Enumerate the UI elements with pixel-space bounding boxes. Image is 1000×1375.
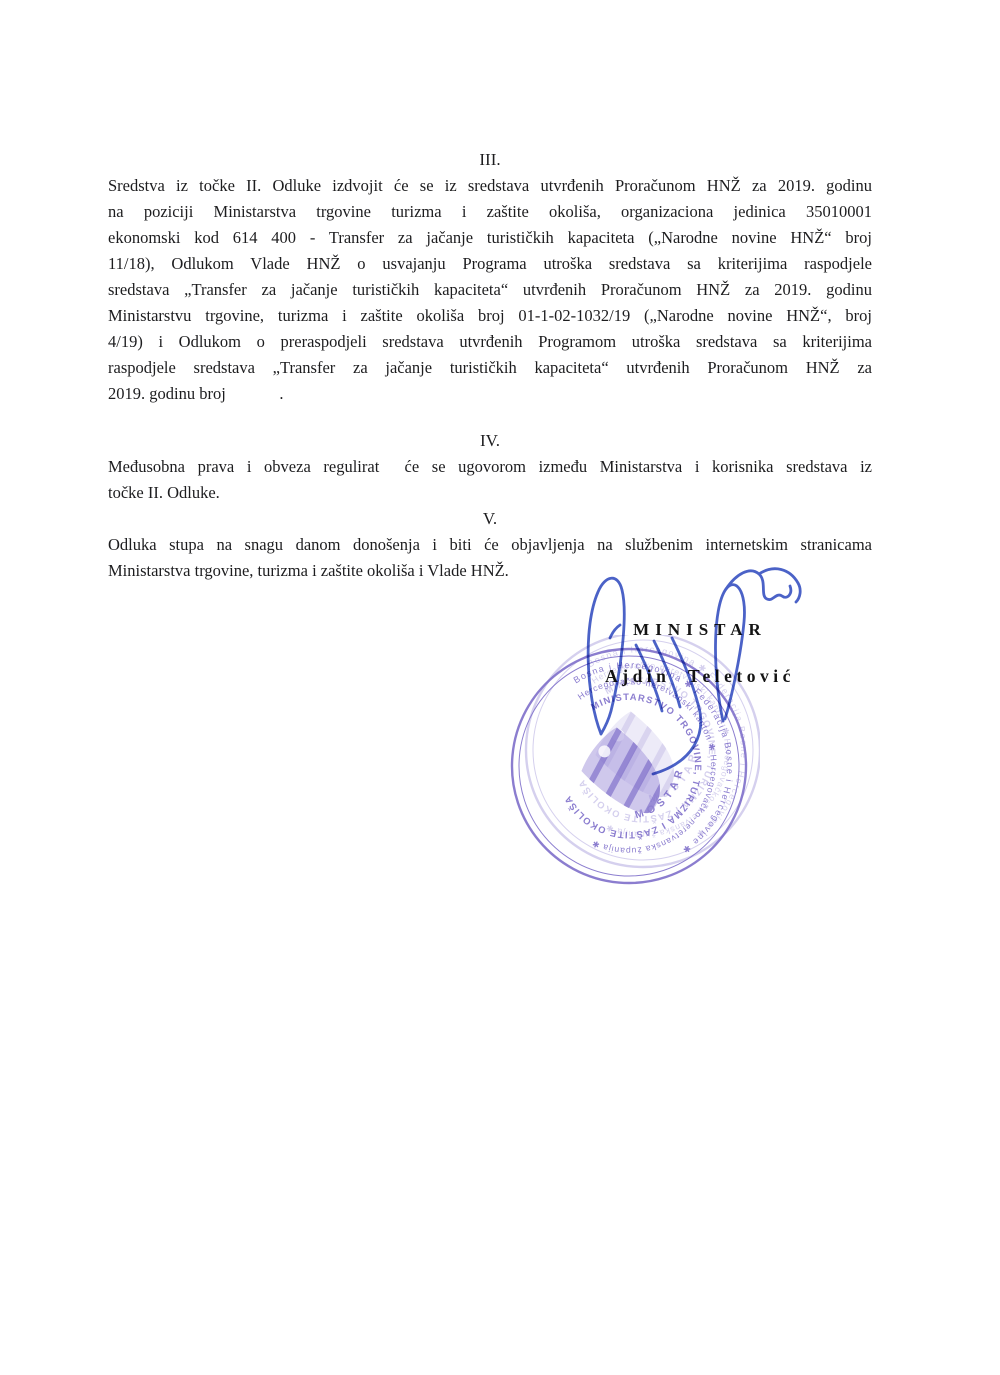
text-line: 2019. godinu broj .	[108, 381, 872, 407]
text-line: Međusobna prava i obveza regulirat će se…	[108, 454, 872, 480]
section-paragraph-iv: Međusobna prava i obveza regulirat će se…	[108, 454, 872, 506]
document-body: III. Sredstva iz točke II. Odluke izdvoj…	[108, 147, 872, 584]
text-line: 4/19) i Odlukom o preraspodjeli sredstav…	[108, 329, 872, 355]
text-line: ekonomski kod 614 400 - Transfer za jača…	[108, 225, 872, 251]
section-heading-v: V.	[108, 506, 872, 532]
signature-left-loop	[588, 578, 624, 734]
section-paragraph-iii: Sredstva iz točke II. Odluke izdvojit će…	[108, 173, 872, 407]
text-line: sredstava „Transfer za jačanje turističk…	[108, 277, 872, 303]
text-line: Ministarstvu trgovine, turizma i zaštite…	[108, 303, 872, 329]
section-heading-iv: IV.	[108, 428, 872, 454]
text-line: na poziciji Ministarstva trgovine turizm…	[108, 199, 872, 225]
signature-tick	[610, 625, 620, 638]
signature-descender	[653, 704, 701, 774]
text-line: raspodjele sredstava „Transfer za jačanj…	[108, 355, 872, 381]
text-line: 11/18), Odlukom Vlade HNŽ o usvajanju Pr…	[108, 251, 872, 277]
document-page: III. Sredstva iz točke II. Odluke izdvoj…	[0, 0, 1000, 1375]
signature-ink	[560, 548, 810, 798]
signature-stroke-1	[636, 645, 662, 711]
text-line: Sredstva iz točke II. Odluke izdvojit će…	[108, 173, 872, 199]
section-heading-iii: III.	[108, 147, 872, 173]
signature-right-loop	[715, 585, 744, 721]
text-line: točke II. Odluke.	[108, 480, 872, 506]
